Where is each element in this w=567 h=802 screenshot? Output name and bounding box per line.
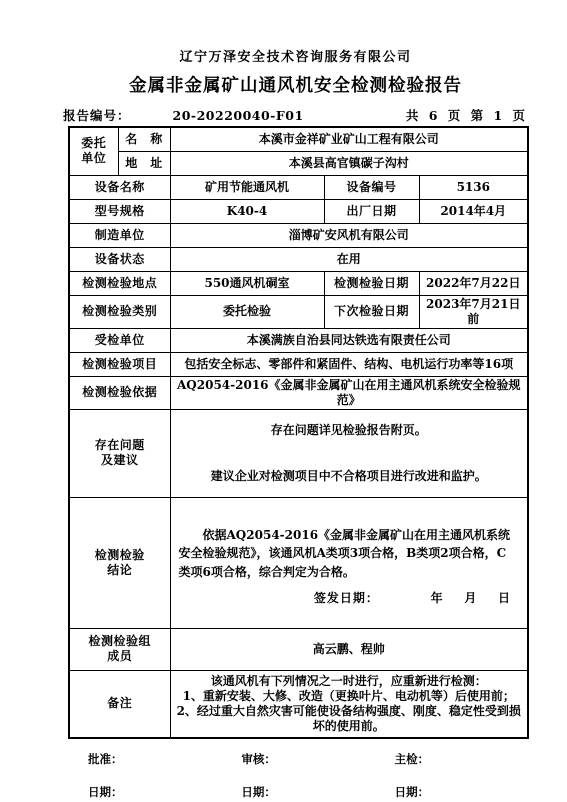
inspection-form-table: 委托 单位 名 称 本溪市金祥矿业矿山工程有限公司 地 址 本溪县高官镇碳子沟村… xyxy=(68,126,529,739)
team-label-line1: 检测检验组 xyxy=(72,634,168,649)
client-name-label: 名 称 xyxy=(118,127,170,151)
page-indicator: 共 6 页 第 1 页 xyxy=(406,106,528,124)
inspection-date-value: 2022年7月22日 xyxy=(419,271,528,295)
chief-date-label: 日期： xyxy=(395,784,528,800)
table-row: 检测检验项目 包括安全标志、零部件和紧固件、结构、电机运行功率等16项 xyxy=(69,352,528,376)
problems-label-line1: 存在问题 xyxy=(72,438,168,453)
table-row: 检测检验组 成员 高云鹏、程帅 xyxy=(69,628,528,670)
report-title: 金属非金属矿山通风机安全检测检验报告 xyxy=(63,72,528,97)
approver-column: 批准： 日期： xyxy=(68,751,221,800)
problems-note: 存在问题详见检验报告附页。 xyxy=(173,423,526,438)
next-inspection-date-value: 2023年7月21日前 xyxy=(419,295,528,328)
sign-date-line: 签发日期： 年 月 日 xyxy=(314,591,525,606)
report-number-label: 报告编号： xyxy=(63,106,131,124)
inspection-location-label: 检测检验地点 xyxy=(69,271,170,295)
report-number-line: 报告编号： 20-20220040-F01 共 6 页 第 1 页 xyxy=(63,106,528,126)
table-row: 检测检验 结论 依据AQ2054-2016《金属非金属矿山在用主通风机系统安全检… xyxy=(69,497,528,628)
device-name-value: 矿用节能通风机 xyxy=(170,175,324,199)
conclusion-label-line1: 检测检验 xyxy=(72,548,168,563)
chief-inspector-label: 主检： xyxy=(395,751,528,767)
device-status-value: 在用 xyxy=(170,247,528,271)
problems-label: 存在问题 及建议 xyxy=(69,409,170,497)
approve-label: 批准： xyxy=(88,751,221,767)
client-address-label: 地 址 xyxy=(118,151,170,175)
report-page: 辽宁万泽安全技术咨询服务有限公司 金属非金属矿山通风机安全检测检验报告 报告编号… xyxy=(63,46,528,800)
table-row: 检测检验依据 AQ2054-2016《金属非金属矿山在用主通风机系统安全检验规范… xyxy=(69,376,528,409)
problems-content: 存在问题详见检验报告附页。 建议企业对检测项目中不合格项目进行改进和监护。 xyxy=(170,409,528,497)
model-value: K40-4 xyxy=(170,199,324,223)
remark-label: 备注 xyxy=(69,670,170,738)
client-group-label-line1: 委托 xyxy=(72,136,116,151)
table-row: 存在问题 及建议 存在问题详见检验报告附页。 建议企业对检测项目中不合格项目进行… xyxy=(69,409,528,497)
problems-label-line2: 及建议 xyxy=(72,453,168,468)
inspection-items-label: 检测检验项目 xyxy=(69,352,170,376)
inspection-basis-value: AQ2054-2016《金属非金属矿山在用主通风机系统安全检验规范》 xyxy=(170,376,528,409)
reviewer-column: 审核： 日期： xyxy=(221,751,374,800)
inspection-location-value: 550通风机硐室 xyxy=(170,271,324,295)
client-address-value: 本溪县高官镇碳子沟村 xyxy=(170,151,528,175)
problems-advice: 建议企业对检测项目中不合格项目进行改进和监护。 xyxy=(173,469,526,484)
conclusion-wrap: 依据AQ2054-2016《金属非金属矿山在用主通风机系统安全检验规范》，该通风… xyxy=(173,499,526,627)
conclusion-label: 检测检验 结论 xyxy=(69,497,170,628)
conclusion-content: 依据AQ2054-2016《金属非金属矿山在用主通风机系统安全检验规范》，该通风… xyxy=(170,497,528,628)
model-label: 型号规格 xyxy=(69,199,170,223)
chief-inspector-column: 主检： 日期： xyxy=(375,751,528,800)
company-name: 辽宁万泽安全技术咨询服务有限公司 xyxy=(63,46,528,65)
team-label: 检测检验组 成员 xyxy=(69,628,170,670)
inspected-unit-label: 受检单位 xyxy=(69,328,170,352)
remark-line: 该通风机有下列情况之一时进行，应重新进行检测： xyxy=(173,674,526,689)
device-number-value: 5136 xyxy=(419,175,528,199)
client-group-label: 委托 单位 xyxy=(69,127,118,175)
client-group-label-line2: 单位 xyxy=(72,151,116,166)
next-inspection-date-label: 下次检验日期 xyxy=(324,295,419,328)
factory-date-value: 2014年4月 xyxy=(419,199,528,223)
inspection-basis-label: 检测检验依据 xyxy=(69,376,170,409)
inspection-items-value: 包括安全标志、零部件和紧固件、结构、电机运行功率等16项 xyxy=(170,352,528,376)
device-name-label: 设备名称 xyxy=(69,175,170,199)
team-label-line2: 成员 xyxy=(72,649,168,664)
inspected-unit-value: 本溪满族自治县同达铁选有限责任公司 xyxy=(170,328,528,352)
client-name-value: 本溪市金祥矿业矿山工程有限公司 xyxy=(170,127,528,151)
report-number-value: 20-20220040-F01 xyxy=(173,108,304,123)
manufacturer-label: 制造单位 xyxy=(69,223,170,247)
table-row: 制造单位 淄博矿安风机有限公司 xyxy=(69,223,528,247)
conclusion-text: 依据AQ2054-2016《金属非金属矿山在用主通风机系统安全检验规范》，该通风… xyxy=(173,499,526,582)
table-row: 检测检验类别 委托检验 下次检验日期 2023年7月21日前 xyxy=(69,295,528,328)
inspection-type-value: 委托检验 xyxy=(170,295,324,328)
table-row: 受检单位 本溪满族自治县同达铁选有限责任公司 xyxy=(69,328,528,352)
signature-block: 批准： 日期： 审核： 日期： 主检： 日期： xyxy=(68,751,528,800)
table-row: 委托 单位 名 称 本溪市金祥矿业矿山工程有限公司 xyxy=(69,127,528,151)
factory-date-label: 出厂日期 xyxy=(324,199,419,223)
manufacturer-value: 淄博矿安风机有限公司 xyxy=(170,223,528,247)
table-row: 设备名称 矿用节能通风机 设备编号 5136 xyxy=(69,175,528,199)
remark-line: 2、经过重大自然灾害可能使设备结构强度、刚度、稳定性受到损坏的使用前。 xyxy=(173,704,526,734)
team-members-value: 高云鹏、程帅 xyxy=(170,628,528,670)
table-row: 型号规格 K40-4 出厂日期 2014年4月 xyxy=(69,199,528,223)
inspection-date-label: 检测检验日期 xyxy=(324,271,419,295)
approve-date-label: 日期： xyxy=(88,784,221,800)
table-row: 地 址 本溪县高官镇碳子沟村 xyxy=(69,151,528,175)
device-number-label: 设备编号 xyxy=(324,175,419,199)
inspection-type-label: 检测检验类别 xyxy=(69,295,170,328)
device-status-label: 设备状态 xyxy=(69,247,170,271)
review-label: 审核： xyxy=(241,751,374,767)
table-row: 备注 该通风机有下列情况之一时进行，应重新进行检测： 1、重新安装、大修、改造（… xyxy=(69,670,528,738)
review-date-label: 日期： xyxy=(241,784,374,800)
remark-content: 该通风机有下列情况之一时进行，应重新进行检测： 1、重新安装、大修、改造（更换叶… xyxy=(170,670,528,738)
table-row: 设备状态 在用 xyxy=(69,247,528,271)
table-row: 检测检验地点 550通风机硐室 检测检验日期 2022年7月22日 xyxy=(69,271,528,295)
conclusion-label-line2: 结论 xyxy=(72,563,168,578)
remark-line: 1、重新安装、大修、改造（更换叶片、电动机等）后使用前； xyxy=(173,689,526,704)
